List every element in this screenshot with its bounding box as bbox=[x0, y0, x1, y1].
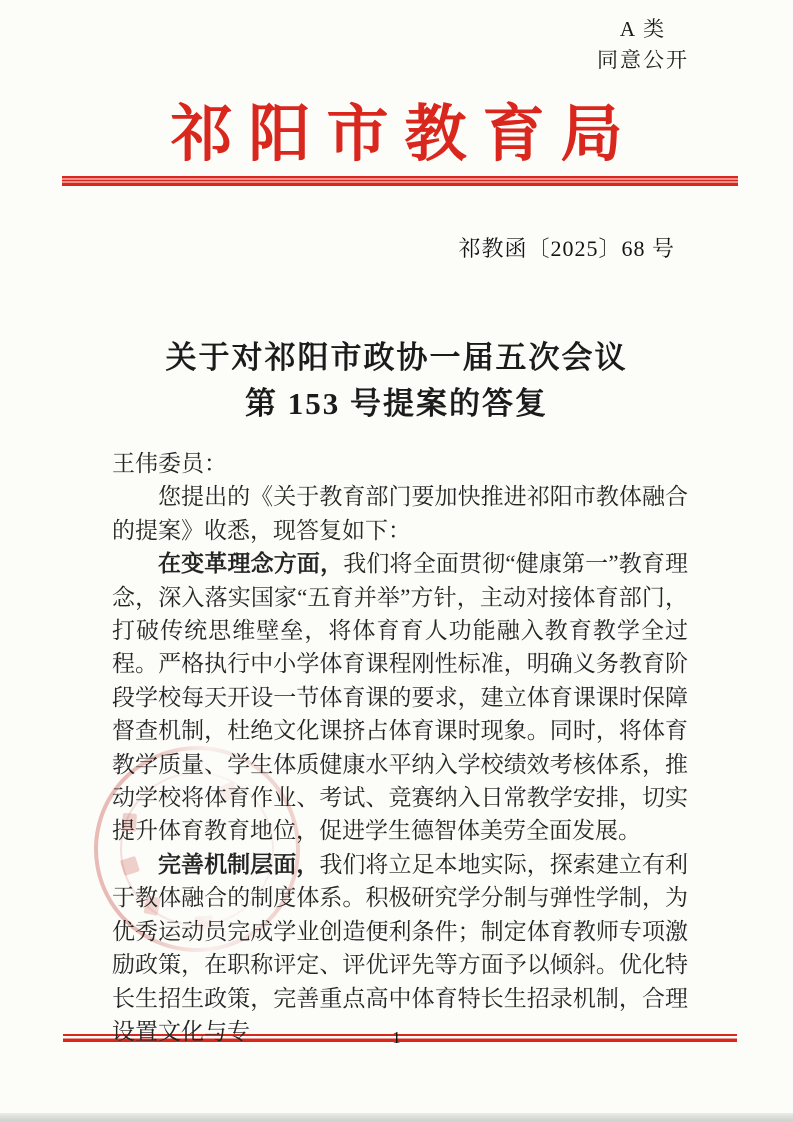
paragraph-mechanism-text: 我们将立足本地实际，探索建立有利于教体融合的制度体系。积极研究学分制与弹性学制，… bbox=[112, 852, 688, 1044]
classification-block: A 类 同意公开 bbox=[597, 14, 689, 76]
page-number: 1 bbox=[0, 1028, 793, 1048]
paragraph-concept-lead: 在变革理念方面， bbox=[158, 551, 343, 576]
agency-name: 祁阳市教育局 bbox=[0, 84, 793, 173]
doc-number: 祁教函〔2025〕68 号 bbox=[458, 232, 675, 263]
publicity-label: 同意公开 bbox=[597, 45, 689, 76]
doc-title-line1: 关于对祁阳市政协一届五次会议 bbox=[0, 335, 793, 381]
salutation: 王伟委员： bbox=[112, 447, 688, 480]
document-body: 王伟委员： 您提出的《关于教育部门要加快推进祁阳市教体融合的提案》收悉，现答复如… bbox=[112, 447, 688, 1048]
doc-title-line2: 第 153 号提案的答复 bbox=[0, 381, 793, 427]
classification-label: A 类 bbox=[597, 14, 689, 45]
paragraph-concept-text: 我们将全面贯彻“健康第一”教育理念，深入落实国家“五育并举”方针，主动对接体育部… bbox=[112, 551, 688, 843]
paragraph-mechanism-lead: 完善机制层面， bbox=[158, 852, 319, 877]
scan-edge bbox=[0, 1113, 793, 1121]
doc-title: 关于对祁阳市政协一届五次会议 第 153 号提案的答复 bbox=[0, 335, 793, 427]
paragraph-concept: 在变革理念方面，我们将全面贯彻“健康第一”教育理念，深入落实国家“五育并举”方针… bbox=[112, 547, 688, 848]
paragraph-mechanism: 完善机制层面，我们将立足本地实际，探索建立有利于教体融合的制度体系。积极研究学分… bbox=[112, 848, 688, 1048]
document-page: A 类 同意公开 祁阳市教育局 祁教函〔2025〕68 号 关于对祁阳市政协一届… bbox=[0, 0, 793, 1121]
header-separator bbox=[62, 176, 738, 186]
paragraph-intro: 您提出的《关于教育部门要加快推进祁阳市教体融合的提案》收悉，现答复如下： bbox=[112, 480, 688, 547]
